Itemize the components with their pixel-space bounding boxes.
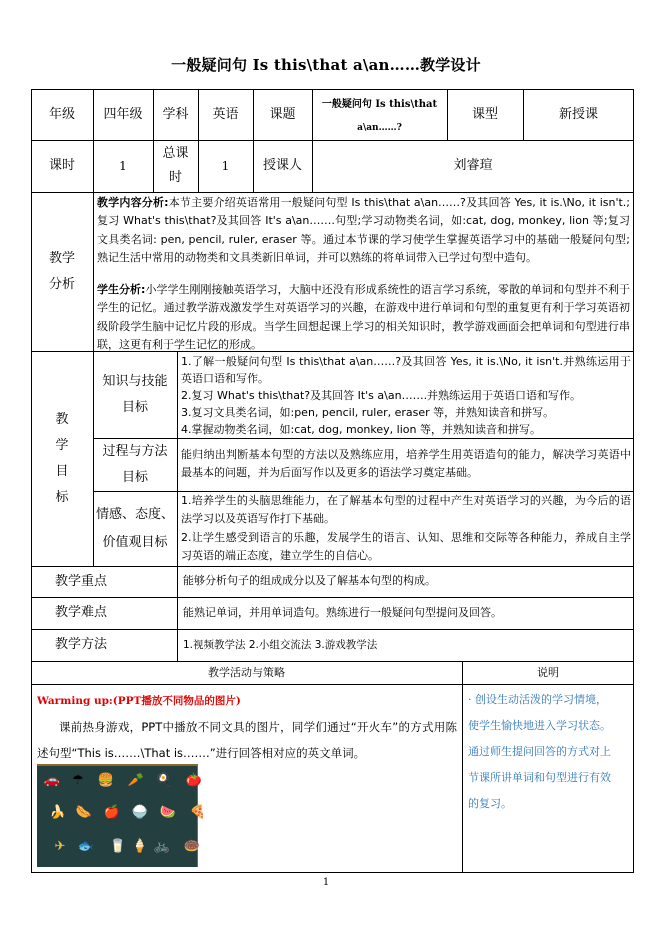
topic-line-2: a\an……?	[357, 118, 402, 138]
teacher-name: 刘睿瑄	[312, 140, 634, 192]
ice-cream-icon: 🍦	[131, 840, 149, 854]
subject-label: 学科	[153, 89, 198, 140]
type-label: 课型	[447, 89, 523, 140]
key-points-text: 能够分析句子的组成成分以及了解基本句型的构成。	[177, 566, 634, 597]
notes-text: · 创设生动活泼的学习情境， 使学生愉快地进入学习状态。 通过师生提问回答的方式…	[468, 687, 632, 817]
methods-label: 教学方法	[31, 629, 177, 661]
notes-header: 说明	[462, 661, 634, 684]
goals-label-char: 目	[55, 459, 68, 485]
content-analysis: 教学内容分析:本节主要介绍英语常用一般疑问句型 Is this\that a\a…	[97, 194, 630, 267]
type-value: 新授课	[523, 89, 634, 140]
subject-value: 英语	[198, 89, 253, 140]
knowledge-goal-item: 3.复习文具类名词，如:pen, pencil, ruler, eraser 等…	[181, 404, 631, 421]
difficulties-text: 能熟记单词，并用单词造句。熟练进行一般疑问句型提问及回答。	[177, 597, 634, 629]
student-analysis-text: 小学学生刚刚接触英语学习，大脑中还没有形成系统性的语言学习系统，零散的单词和句型…	[97, 283, 630, 351]
content-analysis-text: 本节主要介绍英语常用一般疑问句型 Is this\that a\an……?及其回…	[97, 196, 630, 264]
total-periods-label: 总课 时	[153, 140, 198, 192]
goals-label-char: 学	[55, 433, 68, 459]
burger-icon: 🍔	[97, 774, 115, 788]
goals-label-char: 教	[55, 407, 68, 433]
emotion-goal-label: 情感、态度、 价值观目标	[93, 491, 177, 566]
activities-header: 教学活动与策略	[31, 661, 462, 684]
fish-icon: 🐟	[77, 840, 95, 854]
process-label-line-2: 目标	[122, 465, 148, 491]
knowledge-goal-label: 知识与技能 目标	[93, 351, 177, 438]
note-line: 使学生愉快地进入学习状态。	[468, 713, 632, 739]
total-periods-value: 1	[198, 140, 253, 192]
goals-label-char: 标	[55, 485, 68, 511]
warmup-heading: Warming up:(PPT播放不同物品的图片)	[37, 693, 241, 708]
analysis-label-line-1: 教学	[49, 246, 75, 272]
student-analysis-heading: 学生分析:	[97, 283, 145, 296]
emotion-goal-item: 2.让学生感受到语言的乐趣，发展学生的语言、认知、思维和交际等各种能力，养成自主…	[181, 529, 631, 566]
emotion-goal-list: 1.培养学生的头脑思维能力，在了解基本句型的过程中产生对英语学习的兴趣，为今后的…	[181, 492, 631, 565]
note-line: 节课所讲单词和句型进行有效	[468, 765, 632, 791]
goals-label: 教 学 目 标	[31, 351, 93, 566]
period-value: 1	[93, 140, 153, 192]
page-number: 1	[0, 877, 652, 888]
document-title: 一般疑问句 Is this\that a\an……教学设计	[0, 54, 652, 75]
warmup-objects-image: 🚗 ☂ 🍔 🥕 🍳 🍅 🍌 🌭 🍎 🍚 🍉 🍕 ✈ 🐟 🥛 🍦 🚲 🍩	[37, 764, 198, 867]
knowledge-goal-item: 4.掌握动物类名词，如:cat, dog, monkey, lion 等，并熟知…	[181, 421, 631, 438]
total-label-line-2: 时	[169, 166, 182, 190]
period-label: 课时	[31, 140, 93, 192]
note-line: 的复习。	[468, 791, 632, 817]
topic-value: 一般疑问句 Is this\that a\an……?	[312, 89, 447, 140]
methods-text: 1.视频教学法 2.小组交流法 3.游戏教学法	[177, 629, 634, 661]
pizza-icon: 🍕	[189, 806, 207, 820]
topic-label: 课题	[253, 89, 312, 140]
total-label-line-1: 总课	[162, 142, 188, 166]
analysis-label: 教学 分析	[31, 192, 93, 351]
row-divider	[31, 684, 634, 685]
emotion-label-line-1: 情感、态度、	[96, 501, 174, 529]
process-goal-label: 过程与方法 目标	[93, 438, 177, 491]
banana-icon: 🍌	[49, 806, 67, 820]
egg-icon: 🍳	[155, 774, 173, 788]
topic-line-1: 一般疑问句 Is this\that	[322, 91, 437, 118]
tomato-icon: 🍅	[185, 774, 203, 788]
process-label-line-1: 过程与方法	[102, 439, 167, 465]
emotion-label-line-2: 价值观目标	[102, 529, 167, 557]
apple-icon: 🍎	[103, 806, 121, 820]
airplane-icon: ✈	[51, 840, 69, 854]
knowledge-goal-item: 2.复习 What's this\that?及其回答 It's a\an…….并…	[181, 387, 631, 404]
knowledge-goal-item: 1.了解一般疑问句型 Is this\that a\an……?及其回答 Yes,…	[181, 353, 631, 387]
donut-icon: 🍩	[183, 840, 201, 854]
warmup-text: 课前热身游戏，PPT中播放不同文具的图片，同学们通过“开火车”的方式用陈述句型“…	[37, 714, 457, 766]
process-goal-text: 能归纳出判断基本句型的方法以及熟练应用，培养学生用英语造句的能力，解决学习英语中…	[181, 446, 631, 483]
bicycle-icon: 🚲	[153, 840, 171, 854]
watermelon-icon: 🍉	[159, 806, 177, 820]
student-analysis: 学生分析:小学学生刚刚接触英语学习，大脑中还没有形成系统性的语言学习系统，零散的…	[97, 281, 630, 354]
rice-bowl-icon: 🍚	[131, 806, 149, 820]
knowledge-goal-list: 1.了解一般疑问句型 Is this\that a\an……?及其回答 Yes,…	[181, 353, 631, 438]
milk-icon: 🥛	[109, 840, 127, 854]
note-line: 通过师生提问回答的方式对上	[468, 739, 632, 765]
teacher-label: 授课人	[253, 140, 312, 192]
umbrella-icon: ☂	[69, 774, 87, 788]
grade-value: 四年级	[93, 89, 153, 140]
emotion-goal-item: 1.培养学生的头脑思维能力，在了解基本句型的过程中产生对英语学习的兴趣，为今后的…	[181, 492, 631, 529]
carrot-icon: 🥕	[127, 774, 145, 788]
content-analysis-heading: 教学内容分析:	[97, 196, 169, 209]
knowledge-label-line-1: 知识与技能	[102, 369, 167, 395]
col-divider	[462, 661, 463, 873]
knowledge-label-line-2: 目标	[122, 395, 148, 421]
note-line: · 创设生动活泼的学习情境，	[468, 687, 632, 713]
analysis-label-line-2: 分析	[49, 272, 75, 298]
difficulties-label: 教学难点	[31, 597, 177, 629]
key-points-label: 教学重点	[31, 566, 177, 597]
hotdog-icon: 🌭	[75, 806, 93, 820]
car-icon: 🚗	[43, 774, 61, 788]
grade-label: 年级	[31, 89, 93, 140]
row-divider	[31, 192, 634, 193]
